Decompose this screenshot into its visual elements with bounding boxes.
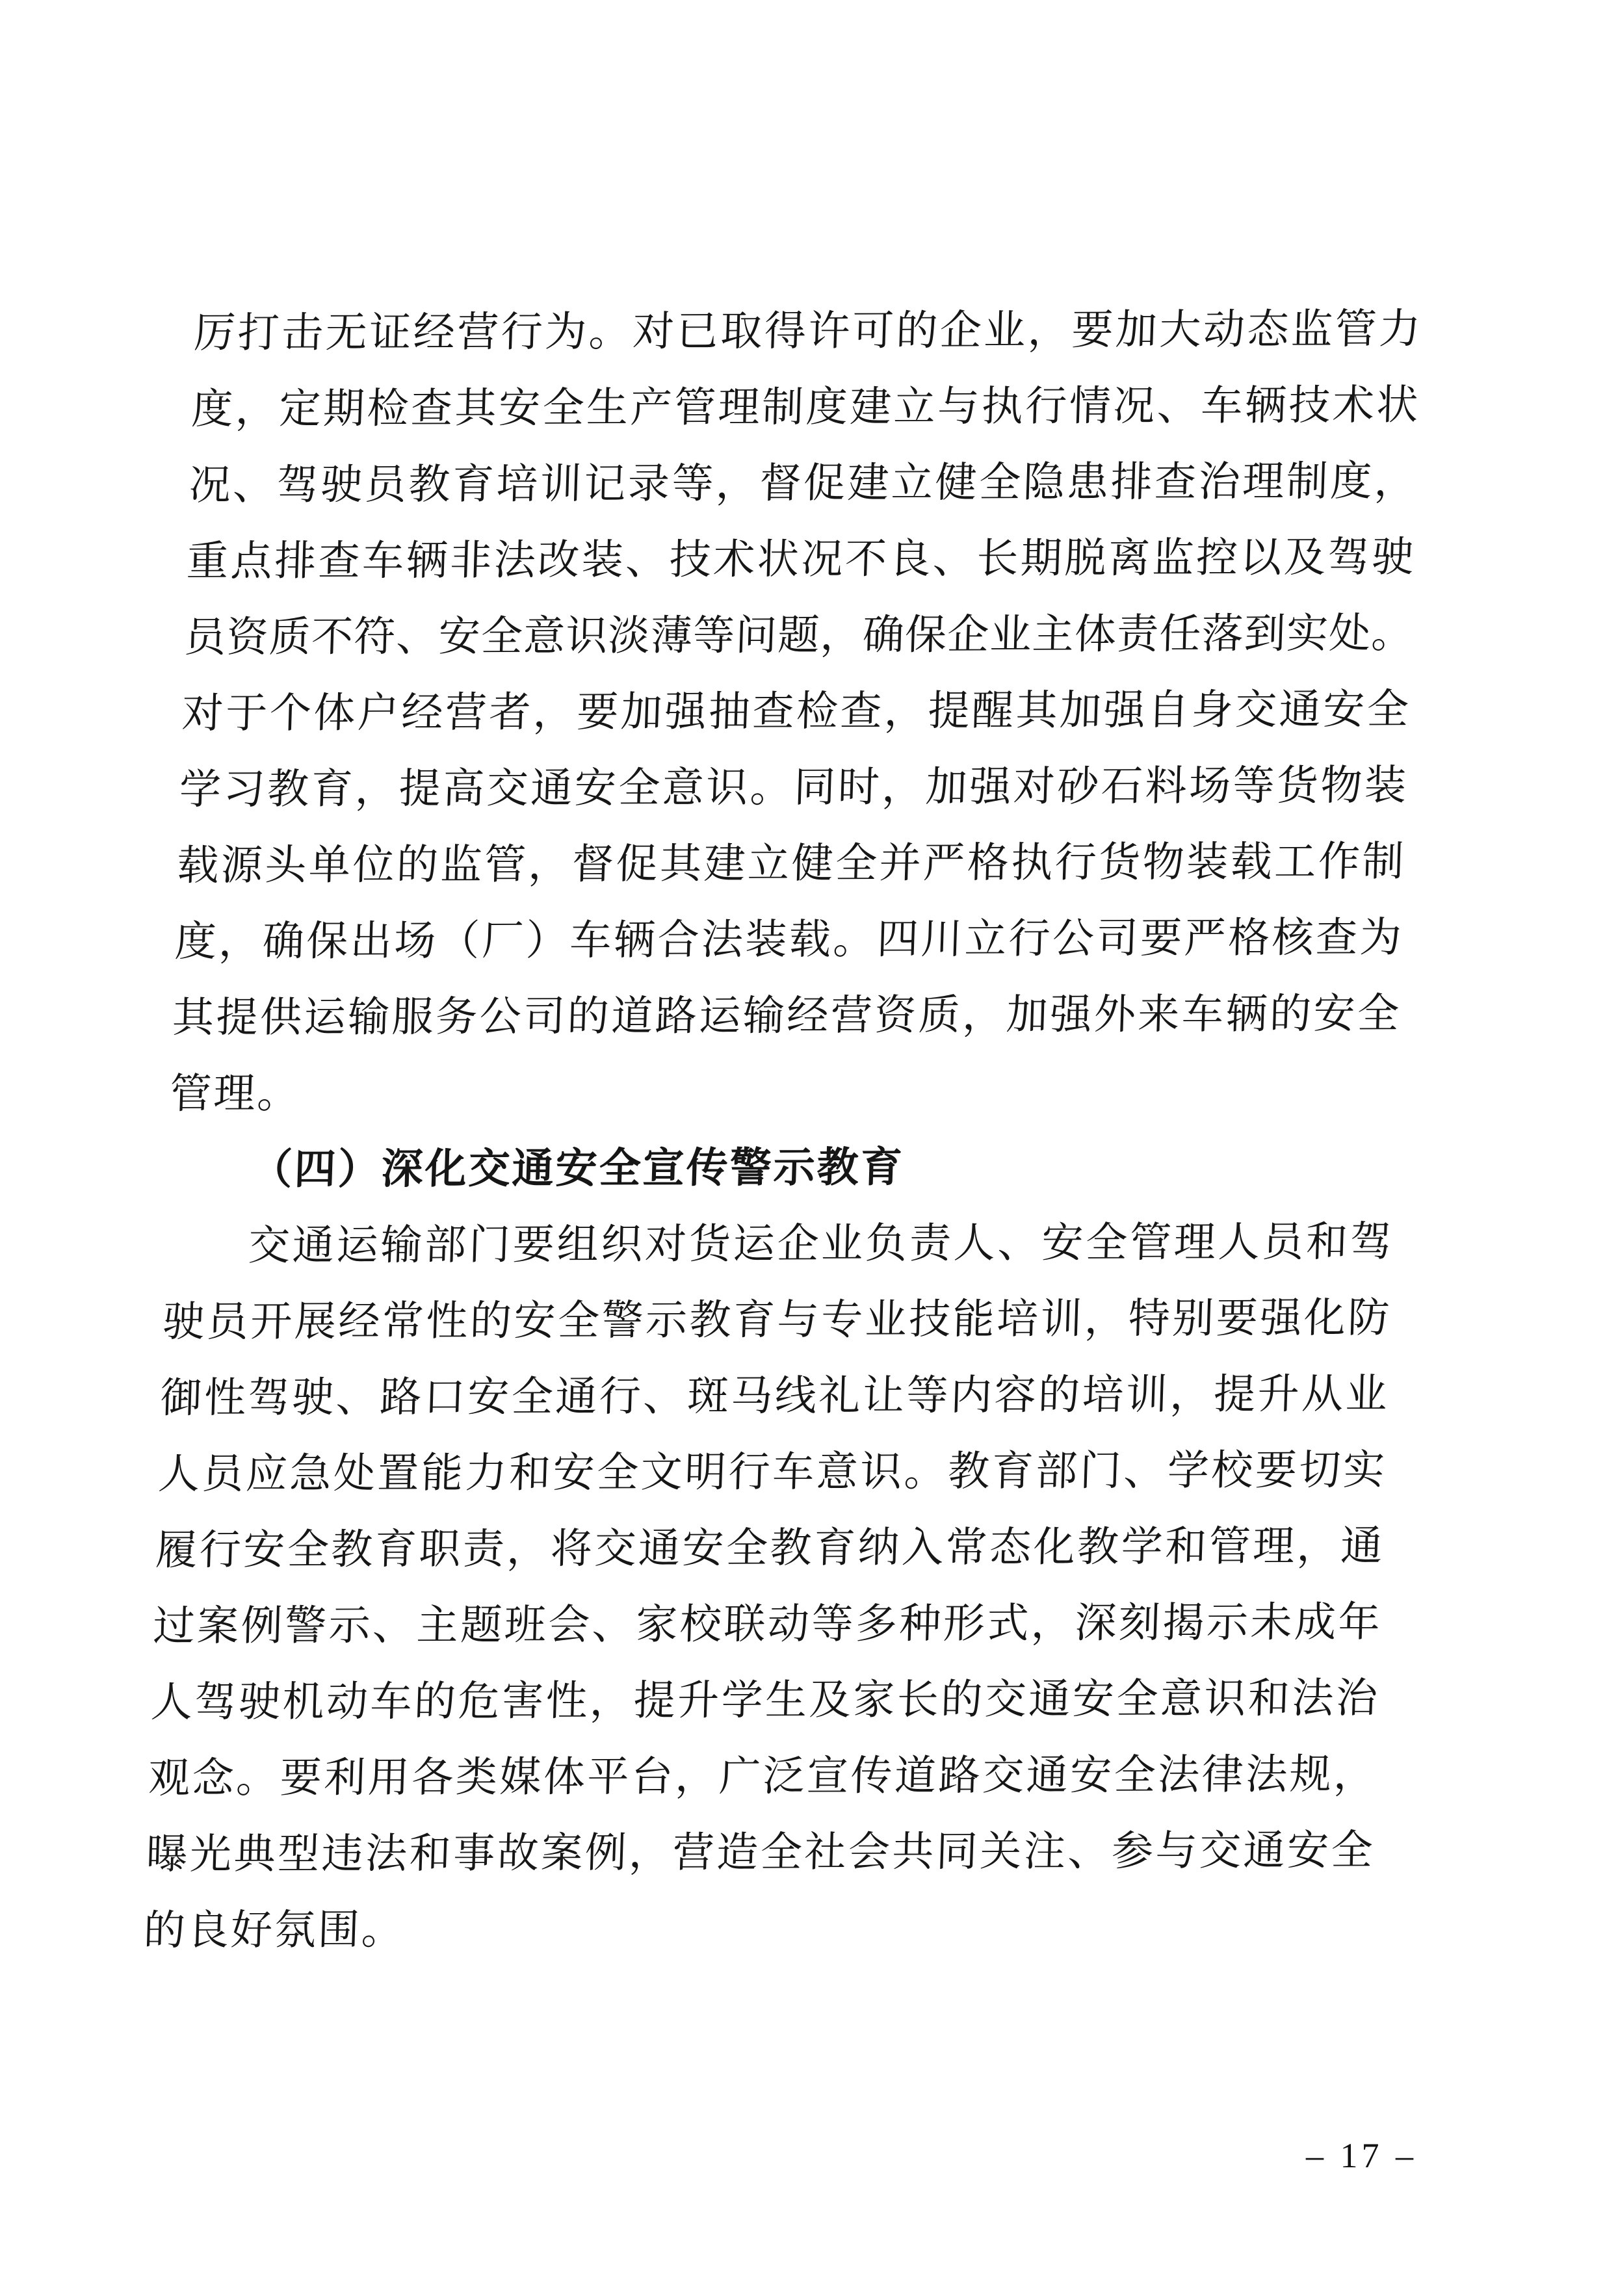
text-line: 员资质不符、安全意识淡薄等问题，确保企业主体责任落到实处。 xyxy=(183,595,1415,675)
page-number: – 17 – xyxy=(1306,2135,1417,2176)
text-line: 重点排查车辆非法改装、技术状况不良、长期脱离监控以及驾驶 xyxy=(185,519,1416,599)
text-line: 御性驾驶、路口安全通行、斑马线礼让等内容的培训，提升从业 xyxy=(159,1356,1390,1437)
text-line: 观念。要利用各类媒体平台，广泛宣传道路交通安全法律法规， xyxy=(147,1736,1378,1817)
text-line: 载源头单位的监管，督促其建立健全并严格执行货物装载工作制 xyxy=(176,823,1407,904)
section-heading: （四）深化交通安全宣传警示教育 xyxy=(166,1128,1398,1208)
text-line: 过案例警示、主题班会、家校联动等多种形式，深刻揭示未成年 xyxy=(152,1584,1383,1665)
paragraph-end-line: 的良好氛围。 xyxy=(142,1888,1374,1969)
text-line: 学习教育，提高交通安全意识。同时，加强对砂石料场等货物装 xyxy=(178,747,1409,828)
document-body: 厉打击无证经营行为。对已取得许可的企业，要加大动态监管力 度，定期检查其安全生产… xyxy=(142,291,1424,1968)
text-line: 人员应急处置能力和安全文明行车意识。教育部门、学校要切实 xyxy=(157,1432,1388,1513)
text-line: 对于个体户经营者，要加强抽查检查，提醒其加强自身交通安全 xyxy=(181,671,1412,751)
document-page: 厉打击无证经营行为。对已取得许可的企业，要加大动态监管力 度，定期检查其安全生产… xyxy=(0,0,1618,2296)
text-line: 度，定期检查其安全生产管理制度建立与执行情况、车辆技术状 xyxy=(190,367,1422,447)
text-line: 曝光典型违法和事故案例，营造全社会共同关注、参与交通安全 xyxy=(145,1812,1376,1893)
text-line: 况、驾驶员教育培训记录等，督促建立健全隐患排查治理制度， xyxy=(188,443,1419,523)
text-line: 履行安全教育职责，将交通安全教育纳入常态化教学和管理，通 xyxy=(154,1508,1385,1589)
text-line: 人驾驶机动车的危害性，提升学生及家长的交通安全意识和法治 xyxy=(150,1660,1381,1741)
paragraph-first-line: 交通运输部门要组织对货运企业负责人、安全管理人员和驾 xyxy=(164,1204,1395,1285)
text-line: 度，确保出场（厂）车辆合法装载。四川立行公司要严格核查为 xyxy=(174,900,1405,980)
text-line: 其提供运输服务公司的道路运输经营资质，加强外来车辆的安全 xyxy=(171,976,1402,1056)
paragraph-end-line: 管理。 xyxy=(169,1052,1400,1132)
text-line: 厉打击无证经营行为。对已取得许可的企业，要加大动态监管力 xyxy=(192,291,1424,371)
text-line: 驶员开展经常性的安全警示教育与专业技能培训，特别要强化防 xyxy=(162,1280,1393,1361)
